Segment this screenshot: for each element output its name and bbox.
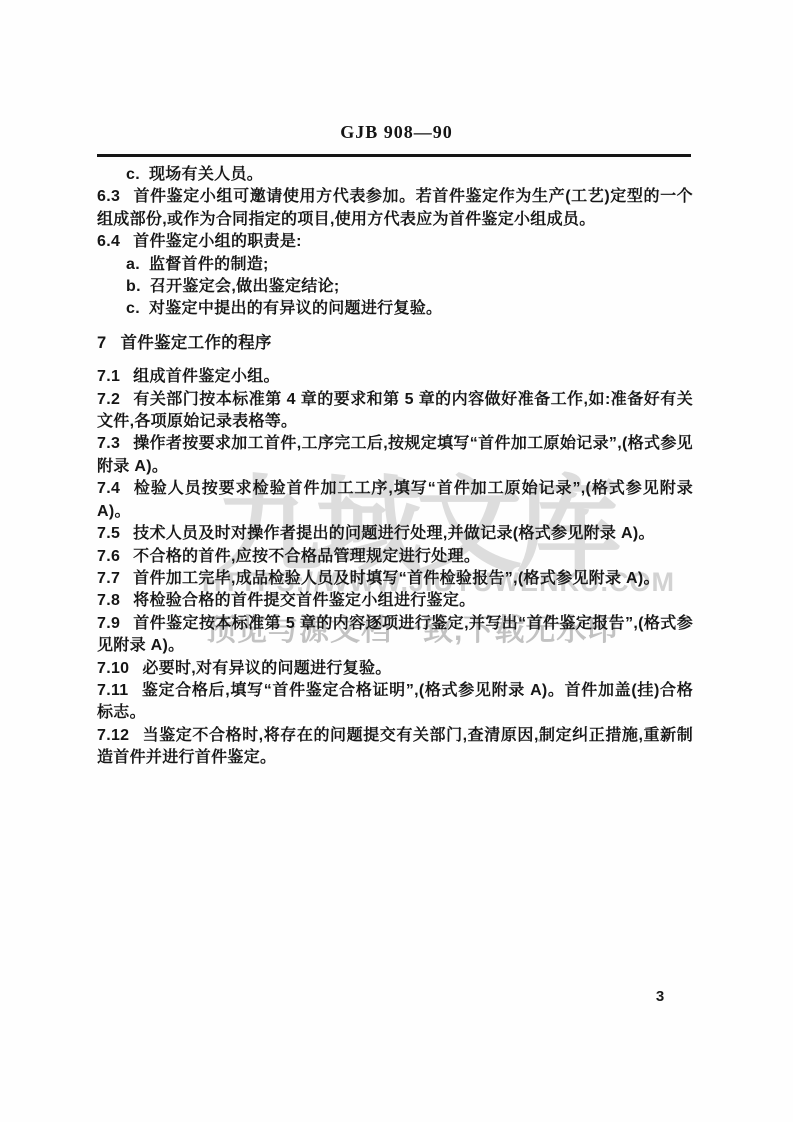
clause-text: 技术人员及时对操作者提出的问题进行处理,并做记录(格式参见附录 A)。 (133, 525, 655, 542)
clause-text: 首件鉴定小组的职责是: (133, 233, 302, 250)
clause-text: 首件鉴定工作的程序 (120, 334, 271, 352)
clause-label: 7.8 (97, 590, 120, 612)
doc-number: GJB 908—90 (0, 122, 793, 143)
list-item: c.现场有关人员。 (97, 164, 693, 186)
document-body: c.现场有关人员。6.3首件鉴定小组可邀请使用方代表参加。若首件鉴定作为生产(工… (97, 164, 693, 770)
clause-text: 将检验合格的首件提交首件鉴定小组进行鉴定。 (133, 592, 475, 609)
clause: 6.4首件鉴定小组的职责是: (97, 231, 693, 253)
clause-label: c. (126, 298, 140, 320)
clause-text: 首件鉴定小组可邀请使用方代表参加。若首件鉴定作为生产(工艺)定型的一个组成部份,… (97, 188, 693, 227)
page-number: 3 (645, 988, 675, 1005)
clause-label: 7.12 (97, 725, 129, 747)
clause: 7.8将检验合格的首件提交首件鉴定小组进行鉴定。 (97, 590, 693, 612)
clause-label: 7.6 (97, 546, 120, 568)
clause-text: 有关部门按本标准第 4 章的要求和第 5 章的内容做好准备工作,如:准备好有关文… (97, 391, 693, 430)
clause-label: 7.10 (97, 658, 129, 680)
clause-text: 召开鉴定会,做出鉴定结论; (150, 278, 340, 295)
clause-label: 7.7 (97, 568, 120, 590)
clause: 7.1组成首件鉴定小组。 (97, 366, 693, 388)
clause: 7.7首件加工完毕,成品检验人员及时填写“首件检验报告”,(格式参见附录 A)。 (97, 568, 693, 590)
clause-label: 7.3 (97, 433, 120, 455)
clause: 7.4检验人员按要求检验首件加工工序,填写“首件加工原始记录”,(格式参见附录 … (97, 478, 693, 523)
clause: 7.3操作者按要求加工首件,工序完工后,按规定填写“首件加工原始记录”,(格式参… (97, 433, 693, 478)
clause-label: 7.2 (97, 389, 120, 411)
header-rule (97, 154, 691, 157)
clause-text: 不合格的首件,应按不合格品管理规定进行处理。 (133, 548, 480, 565)
clause: 7.2有关部门按本标准第 4 章的要求和第 5 章的内容做好准备工作,如:准备好… (97, 389, 693, 434)
clause: 7.12当鉴定不合格时,将存在的问题提交有关部门,查清原因,制定纠正措施,重新制… (97, 725, 693, 770)
clause: 7.9首件鉴定按本标准第 5 章的内容逐项进行鉴定,并写出“首件鉴定报告”,(格… (97, 613, 693, 658)
clause-label: 7.9 (97, 613, 120, 635)
clause-label: 7.4 (97, 478, 120, 500)
clause-label: 7 (97, 332, 106, 354)
section-heading: 7首件鉴定工作的程序 (97, 332, 693, 354)
clause: 7.6不合格的首件,应按不合格品管理规定进行处理。 (97, 546, 693, 568)
clause: 7.11鉴定合格后,填写“首件鉴定合格证明”,(格式参见附录 A)。首件加盖(挂… (97, 680, 693, 725)
clause-label: a. (126, 254, 140, 276)
clause-label: b. (126, 276, 141, 298)
list-item: a.监督首件的制造; (97, 254, 693, 276)
clause-text: 检验人员按要求检验首件加工工序,填写“首件加工原始记录”,(格式参见附录 A)。 (97, 480, 693, 519)
clause-text: 监督首件的制造; (149, 256, 269, 273)
clause-label: 7.5 (97, 523, 120, 545)
clause-text: 首件鉴定按本标准第 5 章的内容逐项进行鉴定,并写出“首件鉴定报告”,(格式参见… (97, 615, 693, 654)
clause-label: 6.4 (97, 231, 120, 253)
list-item: c.对鉴定中提出的有异议的问题进行复验。 (97, 298, 693, 320)
clause-text: 组成首件鉴定小组。 (133, 368, 280, 385)
clause-text: 操作者按要求加工首件,工序完工后,按规定填写“首件加工原始记录”,(格式参见附录… (97, 435, 693, 474)
clause-label: 6.3 (97, 186, 120, 208)
clause-label: c. (126, 164, 140, 186)
clause-text: 当鉴定不合格时,将存在的问题提交有关部门,查清原因,制定纠正措施,重新制造首件并… (97, 727, 693, 766)
clause-text: 对鉴定中提出的有异议的问题进行复验。 (149, 300, 442, 317)
list-item: b.召开鉴定会,做出鉴定结论; (97, 276, 693, 298)
clause-text: 首件加工完毕,成品检验人员及时填写“首件检验报告”,(格式参见附录 A)。 (133, 570, 660, 587)
clause: 7.10必要时,对有异议的问题进行复验。 (97, 658, 693, 680)
clause: 6.3首件鉴定小组可邀请使用方代表参加。若首件鉴定作为生产(工艺)定型的一个组成… (97, 186, 693, 231)
clause-label: 7.11 (97, 680, 128, 702)
document-page: GJB 908—90 九域文库 HTTPS://WWW.JIUYUWENKU.C… (0, 0, 793, 1122)
clause-text: 现场有关人员。 (149, 166, 263, 183)
clause-label: 7.1 (97, 366, 120, 388)
clause-text: 必要时,对有异议的问题进行复验。 (142, 660, 391, 677)
clause-text: 鉴定合格后,填写“首件鉴定合格证明”,(格式参见附录 A)。首件加盖(挂)合格标… (97, 682, 693, 721)
clause: 7.5技术人员及时对操作者提出的问题进行处理,并做记录(格式参见附录 A)。 (97, 523, 693, 545)
